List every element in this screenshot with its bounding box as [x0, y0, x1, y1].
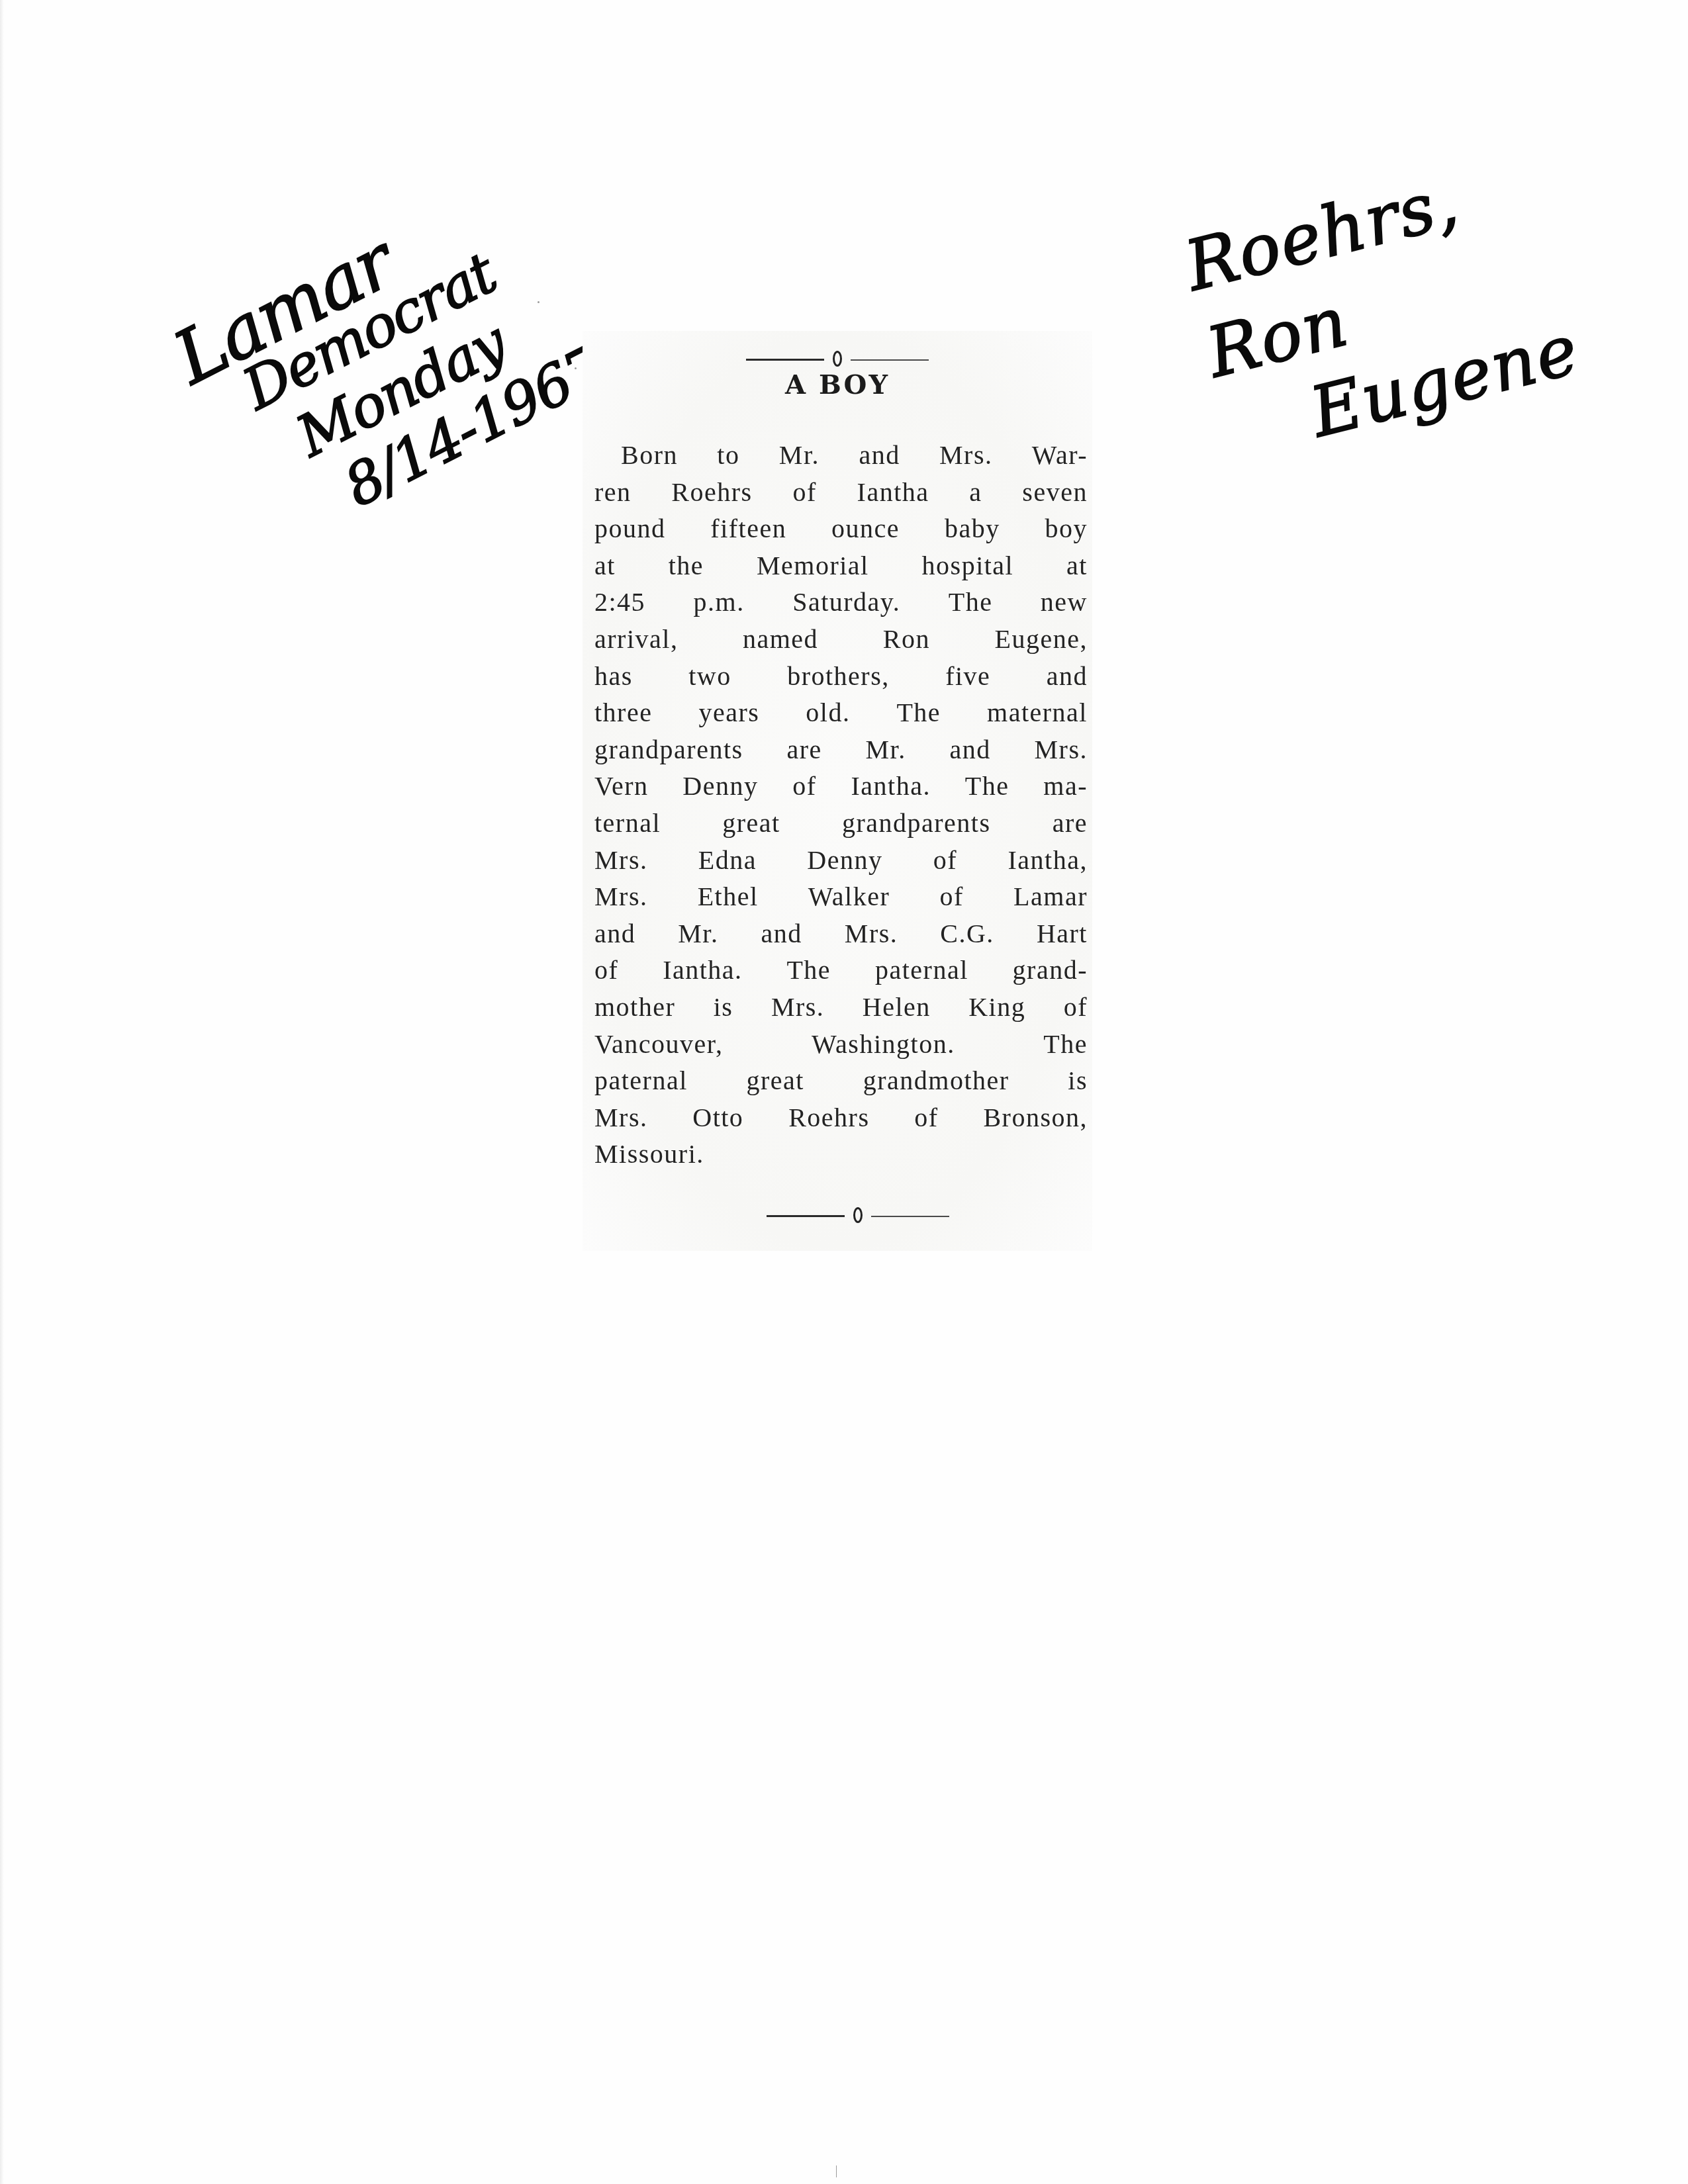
article-line: VernDennyofIantha.Thema- [594, 768, 1088, 805]
article-word: Lamar [1013, 878, 1088, 915]
article-word: ounce [831, 510, 900, 547]
article-line: andMr.andMrs.C.G.Hart [594, 915, 1088, 952]
article-word: of [792, 768, 816, 805]
article-word: ma- [1043, 768, 1088, 805]
article-word: great [722, 805, 780, 842]
article-word: Mr. [678, 915, 718, 952]
article-word: of [940, 878, 964, 915]
article-word: and [594, 915, 635, 952]
article-word: Mrs. [594, 842, 647, 879]
article-line: renRoehrsofIanthaaseven [594, 474, 1088, 511]
article-word: Washington. [812, 1026, 955, 1063]
article-word: are [786, 731, 821, 768]
article-word: The [965, 768, 1009, 805]
article-word: Roehrs [671, 474, 752, 511]
article-word: The [786, 952, 831, 989]
scanned-page: Lamar Democrat Monday 8/14-1967 Roehrs, … [0, 0, 1688, 2184]
article-word: Iantha [857, 474, 929, 511]
article-word: Helen [863, 989, 931, 1026]
article-word: of [792, 474, 816, 511]
article-word: Iantha. [851, 768, 930, 805]
article-word: grand- [1013, 952, 1088, 989]
article-word: paternal [594, 1062, 688, 1099]
article-word: Vancouver, [594, 1026, 723, 1063]
handwritten-name-note: Roehrs, Ron Eugene [1147, 125, 1581, 510]
article-line: Vancouver,Washington.The [594, 1026, 1088, 1063]
article-word: Born [621, 437, 678, 474]
article-word: of [933, 842, 957, 879]
article-word: named [743, 621, 818, 658]
article-word: five [945, 658, 990, 695]
article-word: Mr. [779, 437, 820, 474]
article-word: boy [1045, 510, 1088, 547]
article-line: threeyearsold.Thematernal [594, 694, 1088, 731]
article-line: BorntoMr.andMrs.War- [594, 437, 1088, 474]
article-line: 2:45p.m.Saturday.Thenew [594, 584, 1088, 621]
article-line: hastwobrothers,fiveand [594, 658, 1088, 695]
article-line: Mrs.EdnaDennyofIantha, [594, 842, 1088, 879]
article-word: at [1066, 547, 1088, 584]
article-word: are [1053, 805, 1088, 842]
ornament-divider-top [738, 349, 937, 369]
article-word: King [968, 989, 1025, 1026]
article-word: Missouri. [594, 1136, 704, 1173]
article-word: paternal [875, 952, 968, 989]
article-word: Mrs. [1035, 731, 1088, 768]
article-word: p.m. [694, 584, 745, 621]
article-word: Vern [594, 768, 649, 805]
article-line: Missouri. [594, 1136, 1088, 1173]
article-word: Walker [808, 878, 890, 915]
article-word: Edna [698, 842, 757, 879]
article-word: old. [806, 694, 850, 731]
article-word: ren [594, 474, 632, 511]
article-word: Denny [682, 768, 758, 805]
article-word: Hart [1037, 915, 1088, 952]
article-word: Roehrs [788, 1099, 869, 1136]
article-line: ternalgreatgrandparentsare [594, 805, 1088, 842]
article-word: Mrs. [939, 437, 992, 474]
article-word: The [1043, 1026, 1088, 1063]
article-line: Mrs.EthelWalkerofLamar [594, 878, 1088, 915]
article-body: BorntoMr.andMrs.War-renRoehrsofIanthaase… [594, 437, 1088, 1173]
article-word: Iantha, [1008, 842, 1088, 879]
article-word: maternal [987, 694, 1088, 731]
article-line: arrival,namedRonEugene, [594, 621, 1088, 658]
article-line: ofIantha.Thepaternalgrand- [594, 952, 1088, 989]
article-word: is [714, 989, 733, 1026]
article-word: ternal [594, 805, 661, 842]
article-word: is [1068, 1062, 1088, 1099]
article-word: Denny [807, 842, 882, 879]
article-word: pound [594, 510, 666, 547]
article-word: to [717, 437, 739, 474]
scan-speck [575, 367, 577, 369]
article-word: two [688, 658, 731, 695]
handwritten-source-note: Lamar Democrat Monday 8/14-1967 [152, 135, 655, 592]
article-word: arrival, [594, 621, 678, 658]
article-word: Mr. [865, 731, 906, 768]
article-word: three [594, 694, 652, 731]
article-line: Mrs.OttoRoehrsofBronson, [594, 1099, 1088, 1136]
article-word: grandparents [842, 805, 991, 842]
article-word: mother [594, 989, 675, 1026]
article-word: Memorial [757, 547, 869, 584]
ornament-ring-icon [853, 1207, 863, 1223]
article-word: Mrs. [771, 989, 824, 1026]
article-word: of [914, 1099, 938, 1136]
article-line: grandparentsareMr.andMrs. [594, 731, 1088, 768]
article-word: Otto [692, 1099, 743, 1136]
ornament-rule-left [746, 359, 824, 361]
article-word: hospital [922, 547, 1014, 584]
article-word: The [896, 694, 941, 731]
article-line: motherisMrs.HelenKingof [594, 989, 1088, 1026]
article-word: The [949, 584, 993, 621]
article-word: C.G. [940, 915, 994, 952]
article-word: of [1064, 989, 1088, 1026]
article-word: and [1047, 658, 1088, 695]
article-word: new [1041, 584, 1088, 621]
article-word: War- [1032, 437, 1088, 474]
newspaper-clipping: A BOY BorntoMr.andMrs.War-renRoehrsofIan… [583, 331, 1092, 1251]
article-word: the [669, 547, 704, 584]
article-word: Ron [883, 621, 930, 658]
ornament-rule-right [871, 1216, 949, 1217]
article-line: poundfifteenouncebabyboy [594, 510, 1088, 547]
scan-speck [538, 301, 539, 303]
article-word: grandparents [594, 731, 743, 768]
article-word: Bronson, [983, 1099, 1088, 1136]
article-line: paternalgreatgrandmotheris [594, 1062, 1088, 1099]
article-word: of [594, 952, 618, 989]
article-word: Mrs. [594, 878, 647, 915]
article-word: Mrs. [594, 1099, 647, 1136]
article-word: has [594, 658, 633, 695]
article-word: Saturday. [792, 584, 900, 621]
article-word: grandmother [863, 1062, 1009, 1099]
article-word: and [761, 915, 802, 952]
scan-artifact [836, 2165, 837, 2177]
article-word: at [594, 547, 616, 584]
article-word: brothers, [787, 658, 890, 695]
article-word: and [949, 731, 990, 768]
article-word: great [747, 1062, 804, 1099]
article-word: a [969, 474, 982, 511]
handwritten-surname: Roehrs, [1179, 167, 1465, 300]
article-word: 2:45 [594, 584, 645, 621]
ornament-ring-icon [833, 351, 842, 367]
article-word: and [859, 437, 900, 474]
article-word: seven [1022, 474, 1088, 511]
scan-edge-shadow [0, 0, 4, 2184]
article-word: years [698, 694, 759, 731]
ornament-divider-bottom [759, 1206, 957, 1226]
article-word: baby [945, 510, 1000, 547]
article-word: Iantha. [663, 952, 742, 989]
ornament-rule-right [851, 359, 929, 361]
ornament-rule-left [767, 1215, 845, 1217]
article-word: fifteen [710, 510, 786, 547]
article-word: Ethel [698, 878, 759, 915]
article-word: Eugene, [995, 621, 1088, 658]
article-line: attheMemorialhospitalat [594, 547, 1088, 584]
article-headline: A BOY [583, 369, 1092, 400]
article-word: Mrs. [845, 915, 898, 952]
